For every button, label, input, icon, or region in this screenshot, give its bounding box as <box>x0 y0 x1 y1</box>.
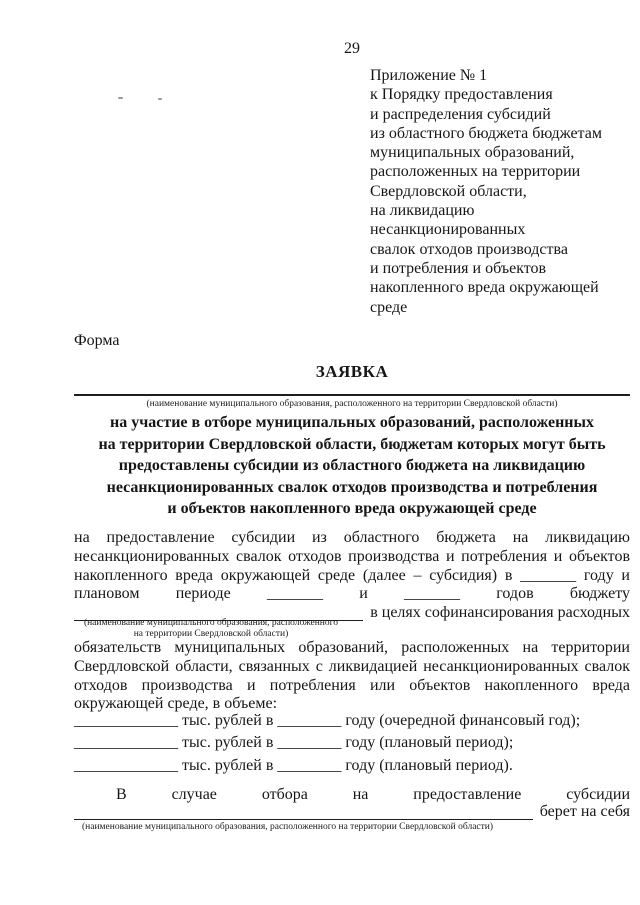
page-number: 29 <box>74 40 630 59</box>
body-line: плановом периоде _______ и _______ годов… <box>74 585 630 604</box>
org-name-blank <box>74 805 533 820</box>
org-name-caption: (наименование муниципального образования… <box>74 399 630 410</box>
document-page: 29 Приложение № 1 к Порядку предоставлен… <box>0 0 640 905</box>
amount-line: _____________ тыс. рублей в ________ год… <box>74 732 630 754</box>
org-name-blank-line <box>74 394 630 396</box>
body-line: отходов производства и потребления или о… <box>74 677 630 696</box>
body-line: обязательств муниципальных образований, … <box>74 639 630 658</box>
amount-line: _____________ тыс. рублей в ________ год… <box>74 710 630 732</box>
scan-speck <box>158 98 162 100</box>
body-line: Свердловской области, связанных с ликвид… <box>74 658 630 677</box>
form-label: Форма <box>74 332 120 351</box>
body-line: на предоставление субсидии из областного… <box>74 529 630 548</box>
body-paragraph-1: на предоставление субсидии из областного… <box>74 529 630 623</box>
application-title: ЗАЯВКА <box>74 362 630 382</box>
appendix-reference: Приложение № 1 к Порядку предоставления … <box>370 66 602 317</box>
application-heading: на участие в отборе муниципальных образо… <box>74 412 630 520</box>
selection-tail: берет на себя <box>540 803 630 822</box>
cofinancing-tail: в целях софинансирования расходных <box>370 604 630 623</box>
selection-blank-row: берет на себя <box>74 803 630 822</box>
amount-lines: _____________ тыс. рублей в ________ год… <box>74 710 630 777</box>
org-name-caption: (наименование муниципального образования… <box>82 822 502 833</box>
org-name-caption: (наименование муниципального образования… <box>74 618 348 640</box>
amount-line: _____________ тыс. рублей в ________ год… <box>74 755 630 777</box>
body-paragraph-2: обязательств муниципальных образований, … <box>74 639 630 714</box>
body-line: несанкционированных свалок отходов произ… <box>74 548 630 567</box>
selection-line: В случае отбора на предоставление субсид… <box>74 786 630 805</box>
scan-speck <box>118 97 123 99</box>
body-line: накопленного вреда окружающей среде (дал… <box>74 567 630 586</box>
